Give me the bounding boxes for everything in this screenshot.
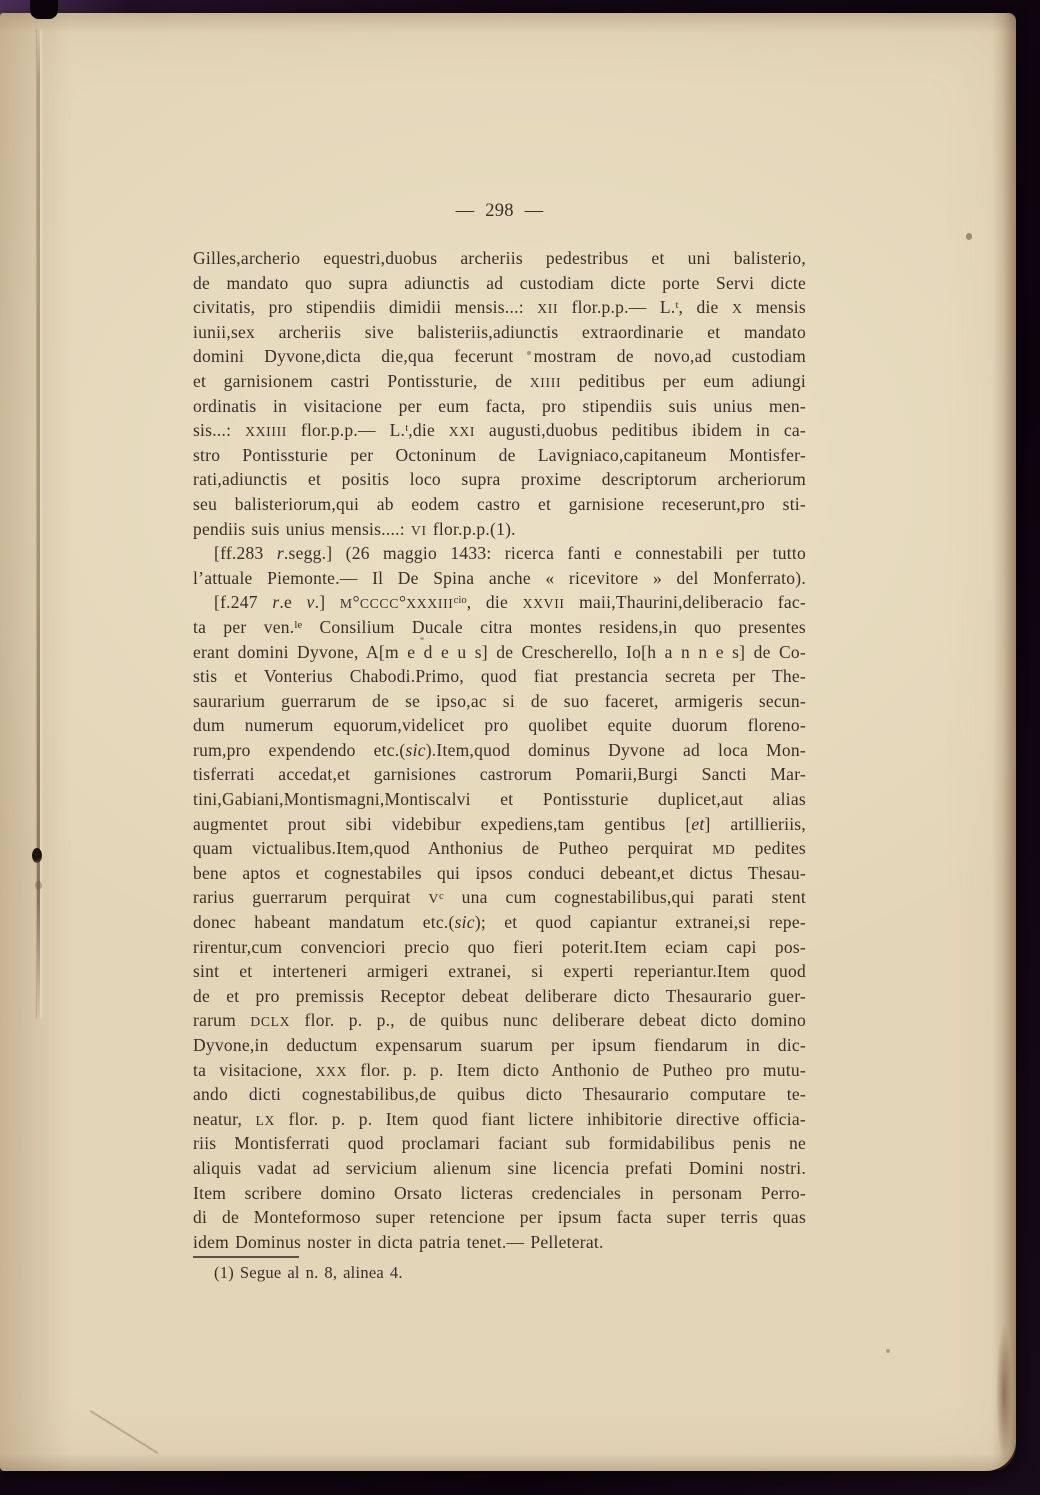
footnote-rule [193, 1256, 299, 1258]
text-line: rum,pro expendendo etc.(sic).Item,quod d… [193, 738, 806, 763]
text-line: ta visitacione, xxx flor. p. p. Item dic… [193, 1058, 806, 1083]
text-line: bene aptos et cognestabiles qui ipsos co… [193, 861, 806, 886]
text-line: iunii,sex archeriis sive balisteriis,adi… [193, 320, 806, 345]
text-line: rirentur,cum convenciori precio quo fier… [193, 935, 806, 960]
text-line: donec habeant mandatum etc.(sic); et quo… [193, 910, 806, 935]
text-line: ando dicti cognestabilibus,de quibus dic… [193, 1082, 806, 1107]
photo-backdrop: { "page": { "header": "— 298 —", "number… [0, 0, 1040, 1495]
page-number-header: — 298 — [193, 199, 806, 223]
corner-crease [90, 1410, 159, 1454]
text-line: l’attuale Piemonte.— Il De Spina anche «… [193, 566, 806, 591]
text-line: tisferrati accedat,et garnisiones castro… [193, 762, 806, 787]
paper-speck [886, 1349, 890, 1353]
text-line: riis Montisferrati quod proclamari facia… [193, 1131, 806, 1156]
footnote-text: (1) Segue al n. 8, alinea 4. [193, 1262, 806, 1284]
text-line: quam victualibus.Item,quod Anthonius de … [193, 836, 806, 861]
sewing-hole [32, 848, 42, 863]
text-line: rarum dclx flor. p. p., de quibus nunc d… [193, 1008, 806, 1033]
page-text: — 298 — Gilles,archerio equestri,duobus … [193, 199, 806, 1284]
text-line: de mandato quo supra adiunctis ad custod… [193, 271, 806, 296]
text-line: ordinatis in visitacione per eum facta, … [193, 394, 806, 419]
text-line: pendiis suis unius mensis....: vi flor.p… [193, 517, 806, 542]
text-line: Gilles,archerio equestri,duobus archerii… [193, 246, 806, 271]
text-line: stis et Vonterius Chabodi.Primo, quod fi… [193, 664, 806, 689]
text-line: Item scribere domino Orsato licteras cre… [193, 1181, 806, 1206]
text-line: seu balisteriorum,qui ab eodem castro et… [193, 492, 806, 517]
text-line: neatur, lx flor. p. p. Item quod fiant l… [193, 1107, 806, 1132]
text-line: Dyvone,in deductum expensarum suarum per… [193, 1033, 806, 1058]
page-edge-stain [996, 1323, 1012, 1463]
text-line: et garnisionem castri Pontissturie, de x… [193, 369, 806, 394]
text-line: rarius guerrarum perquirat vc una cum co… [193, 885, 806, 910]
text-line: aliquis vadat ad servicium alienum sine … [193, 1156, 806, 1181]
text-line: sint et interteneri armigeri extranei, s… [193, 959, 806, 984]
text-line: [ff.283 r.segg.] (26 maggio 1433: ricerc… [193, 541, 806, 566]
text-line: ta per ven.le Consilium Ducale citra mon… [193, 615, 806, 640]
paper-speck [966, 233, 972, 240]
text-line: [f.247 r.e v.] m°cccc°xxxiiicio, die xxv… [193, 590, 806, 615]
page-edge-notch [30, 0, 58, 19]
text-line: augmentet prout sibi videbibur expediens… [193, 812, 806, 837]
text-line: domini Dyvone,dicta die,qua fecerunt mos… [193, 344, 806, 369]
binding-crease [37, 29, 40, 1019]
book-page: — 298 — Gilles,archerio equestri,duobus … [0, 13, 1016, 1471]
text-line: erant domini Dyvone, A[m e d e u s] de C… [193, 640, 806, 665]
body-text: Gilles,archerio equestri,duobus archerii… [193, 246, 806, 1254]
text-line: stro Pontissturie per Octoninum de Lavig… [193, 443, 806, 468]
text-line: idem Dominus noster in dicta patria tene… [193, 1230, 806, 1255]
page-edge-shadow [992, 13, 1016, 1471]
text-line: sis...: xxiiii flor.p.p.— L.t,die xxi au… [193, 418, 806, 443]
text-line: de et pro premissis Receptor debeat deli… [193, 984, 806, 1009]
text-line: saurarium guerrarum de se ipso,ac si de … [193, 689, 806, 714]
text-line: civitatis, pro stipendiis dimidii mensis… [193, 295, 806, 320]
text-line: rati,adiunctis et positis loco supra pro… [193, 467, 806, 492]
sewing-hole-faint [35, 881, 42, 890]
text-line: dum numerum equorum,videlicet pro quolib… [193, 713, 806, 738]
text-line: di de Monteformoso super retencione per … [193, 1205, 806, 1230]
text-line: tini,Gabiani,Montismagni,Montiscalvi et … [193, 787, 806, 812]
